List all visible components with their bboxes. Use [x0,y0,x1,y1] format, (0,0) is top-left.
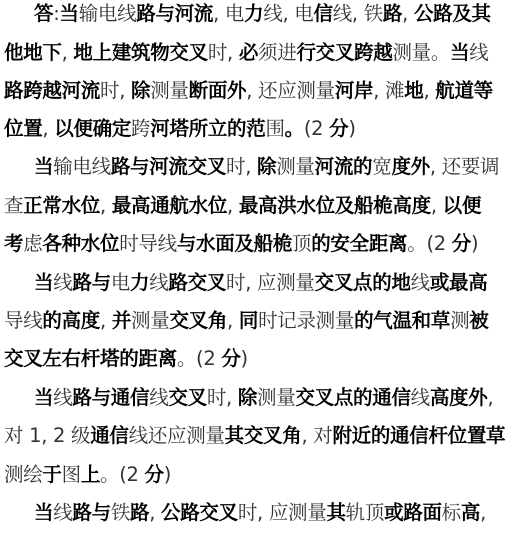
bold-text-run: 路与河流交叉 [111,155,226,178]
regular-text-run: 测量 [276,155,314,178]
bold-text-run: 当 [34,501,53,524]
bold-text-run: 河岸 [335,79,373,102]
regular-text-run: ) [164,463,171,486]
regular-text-run: 线 [411,386,430,409]
bold-text-run: 分 [329,117,348,140]
regular-text-run: 测量 [257,386,295,409]
regular-text-run: 线, 铁 [333,2,383,25]
regular-text-run: , 电 [213,2,244,25]
bold-text-run: 路与 [72,271,110,294]
bold-text-run: 力 [130,271,149,294]
text-line-13: 测绘于图上。(2 分) [4,462,171,488]
bold-text-run: 他地下 [4,41,62,64]
bold-text-run: 交叉 [168,386,206,409]
bold-text-run: 河流的 [315,155,373,178]
bold-text-run: 地 [404,79,423,102]
bold-text-run: 路与通信 [72,386,149,409]
bold-text-run: 各种水位 [42,232,119,255]
regular-text-run: 测量 [150,79,188,102]
bold-text-run: 力 [244,2,263,25]
regular-text-run: 测量。 [392,41,450,64]
bold-text-run: 除 [238,386,257,409]
bold-text-run: 路 [130,501,149,524]
text-line-12: 对 1, 2 级通信线还应测量其交叉角, 对附近的通信杆位置草 [4,423,505,449]
regular-text-run: ) [471,232,478,255]
regular-text-run: 导线 [4,309,42,332]
bold-text-run: 的安全距离 [311,232,407,255]
bold-text-run: 并 [112,309,131,332]
bold-text-run: 当 [450,41,469,64]
regular-text-run: , 还要调 [430,155,499,178]
regular-text-run: 线 [53,501,72,524]
bold-text-run: 公路交叉 [161,501,238,524]
regular-text-run: 测绘 [4,463,42,486]
regular-text-run: ) [348,117,355,140]
bold-text-run: 附近的通信杆位置草 [332,424,505,447]
regular-text-run: 。(2 [177,347,222,370]
text-line-14: 当线路与铁路, 公路交叉时, 应测量其轨顶或路面标高, [34,500,486,526]
bold-text-run: 正常水位 [23,194,100,217]
bold-text-run: 断面外 [189,79,247,102]
bold-text-run: 除 [257,155,276,178]
regular-text-run: 时, [226,155,257,178]
regular-text-run: 线, 电 [263,2,313,25]
regular-text-run: , 还应测量 [246,79,335,102]
regular-text-run: 线还应测量 [129,424,225,447]
text-line-11: 当线路与通信线交叉时, 除测量交叉点的通信线高度外, [34,385,493,411]
regular-text-run: 虑 [23,232,42,255]
bold-text-run: 分 [452,232,471,255]
regular-text-run: 时导线 [119,232,177,255]
bold-text-run: 地上建筑物交叉 [73,41,207,64]
bold-text-run: 分 [145,463,164,486]
regular-text-run: 须进 [258,41,296,64]
regular-text-run: 输电线 [79,2,137,25]
bold-text-run: 以便确定 [54,117,131,140]
regular-text-run: 线 [149,271,168,294]
regular-text-run: 时, [100,79,131,102]
regular-text-run: , [42,117,54,140]
regular-text-run: , [480,501,486,524]
regular-text-run: , [431,194,443,217]
regular-text-run: ) [241,347,248,370]
regular-text-run: 查 [4,194,23,217]
bold-text-run: 信 [314,2,333,25]
bold-text-run: 与水面及船桅 [177,232,292,255]
bold-text-run: 最高通航水位 [112,194,227,217]
regular-text-run: , [227,309,239,332]
regular-text-run: 时记录测量 [258,309,354,332]
regular-text-run: 线 [149,386,168,409]
regular-text-run: 线 [53,271,72,294]
bold-text-run: 行交叉跨越 [296,41,392,64]
regular-text-run: 线 [469,41,488,64]
text-line-8: 当线路与电力线路交叉时, 应测量交叉点的地线或最高 [34,270,487,296]
regular-text-run: , [100,309,112,332]
regular-text-run: 顶 [292,232,311,255]
bold-text-run: 其交叉角 [225,424,302,447]
bold-text-run: 以便 [443,194,481,217]
regular-text-run: , 对 [301,424,332,447]
regular-text-run: 。(2 [407,232,452,255]
text-line-4: 位置, 以便确定跨河塔所立的范围。(2 分) [4,116,356,142]
regular-text-run: 电 [111,271,130,294]
regular-text-run: , 滩 [373,79,404,102]
regular-text-run: 时, 应测量 [226,271,315,294]
bold-text-run: 当 [34,271,53,294]
regular-text-run: 围 [265,117,284,140]
text-line-6: 查正常水位, 最高通航水位, 最高洪水位及船桅高度, 以便 [4,193,481,219]
bold-text-run: 当 [34,155,53,178]
regular-text-run: , [487,386,493,409]
regular-text-run: 铁 [111,501,130,524]
bold-text-run: 位置 [4,117,42,140]
regular-text-run: 对 1, 2 级 [4,424,90,447]
bold-text-run: 于 [42,463,61,486]
text-line-10: 交叉左右杆塔的距离。(2 分) [4,346,248,372]
regular-text-run: , [423,79,435,102]
bold-text-run: 高度外 [430,386,488,409]
text-line-9: 导线的高度, 并测量交叉角, 同时记录测量的气温和草测被 [4,308,489,334]
regular-text-run: 轨顶 [346,501,384,524]
regular-text-run: 线 [411,271,430,294]
text-line-2: 他地下, 地上建筑物交叉时, 必须进行交叉跨越测量。当线 [4,40,488,66]
regular-text-run: 时, [208,41,239,64]
regular-text-run: 图 [62,463,81,486]
regular-text-run: 线 [53,386,72,409]
bold-text-run: 答 [34,2,53,25]
regular-text-run: 输电线 [53,155,111,178]
regular-text-run: , [62,41,74,64]
bold-text-run: 路交叉 [168,271,226,294]
regular-text-run: , [100,194,112,217]
bold-text-run: 的气温和草 [354,309,450,332]
bold-text-run: 交叉点的地 [315,271,411,294]
bold-text-run: 除 [131,79,150,102]
bold-text-run: 路与河流 [136,2,213,25]
bold-text-run: 或最高 [430,271,488,294]
bold-text-run: 河塔所立的范 [150,117,265,140]
regular-text-run: 时, 应测量 [238,501,327,524]
bold-text-run: 度外 [391,155,429,178]
bold-text-run: 分 [221,347,240,370]
text-line-1: 答:当输电线路与河流, 电力线, 电信线, 铁路, 公路及其 [34,1,491,27]
regular-text-run: 。(2 [100,463,145,486]
bold-text-run: 必 [239,41,258,64]
bold-text-run: 被 [469,309,488,332]
text-line-3: 路跨越河流时, 除测量断面外, 还应测量河岸, 滩地, 航道等 [4,78,493,104]
text-line-5: 当输电线路与河流交叉时, 除测量河流的宽度外, 还要调 [34,154,499,180]
regular-text-run: 测量 [131,309,169,332]
regular-text-run: 时, [207,386,238,409]
bold-text-run: 交叉点的通信 [295,386,410,409]
regular-text-run: , [402,2,414,25]
regular-text-run: 测 [450,309,469,332]
bold-text-run: 其 [326,501,345,524]
bold-text-run: 路跨越河流 [4,79,100,102]
bold-text-run: 当 [59,2,78,25]
document-page: 答:当输电线路与河流, 电力线, 电信线, 铁路, 公路及其 他地下, 地上建筑… [0,0,518,534]
bold-text-run: 最高洪水位及船桅高度 [239,194,431,217]
bold-text-run: 同 [239,309,258,332]
regular-text-run: 标 [442,501,461,524]
bold-text-run: 或路面 [384,501,442,524]
bold-text-run: 公路及其 [414,2,491,25]
bold-text-run: 的高度 [42,309,100,332]
bold-text-run: 考 [4,232,23,255]
bold-text-run: 。 [285,117,304,140]
regular-text-run: , [149,501,161,524]
regular-text-run: (2 [304,117,329,140]
bold-text-run: 路 [383,2,402,25]
bold-text-run: 当 [34,386,53,409]
bold-text-run: 交叉角 [169,309,227,332]
bold-text-run: 上 [81,463,100,486]
regular-text-run: 跨 [131,117,150,140]
bold-text-run: 高 [461,501,480,524]
bold-text-run: 通信 [90,424,128,447]
bold-text-run: 路与 [72,501,110,524]
regular-text-run: 宽 [372,155,391,178]
regular-text-run: , [227,194,239,217]
text-line-7: 考虑各种水位时导线与水面及船桅顶的安全距离。(2 分) [4,231,478,257]
bold-text-run: 航道等 [435,79,493,102]
bold-text-run: 交叉左右杆塔的距离 [4,347,177,370]
